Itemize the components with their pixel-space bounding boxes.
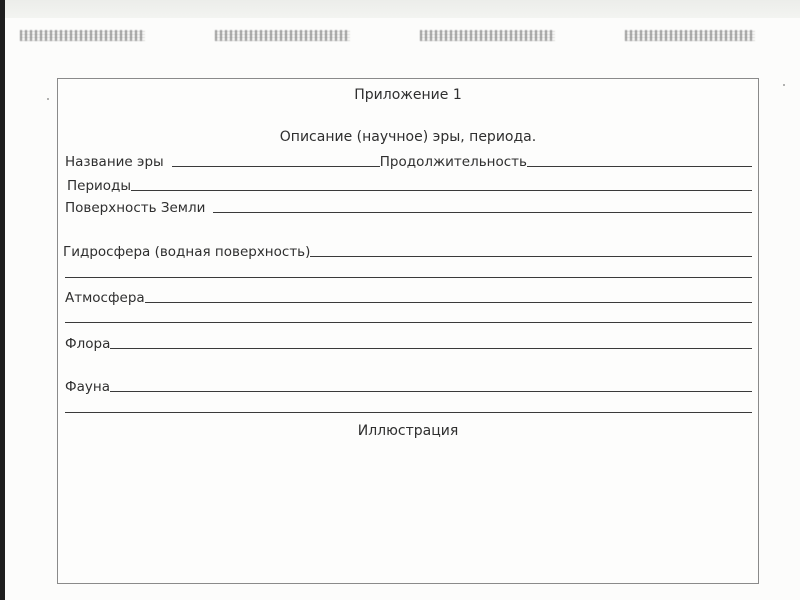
field-label-hydrosphere: Гидросфера (водная поверхность) xyxy=(63,244,310,260)
field-input-atmosphere-continued[interactable] xyxy=(65,322,752,323)
field-input-flora[interactable] xyxy=(110,347,752,349)
scan-speck xyxy=(783,84,785,86)
worksheet-form: Приложение 1 Описание (научное) эры, пер… xyxy=(57,78,759,584)
field-input-hydrosphere-continued[interactable] xyxy=(65,277,752,278)
print-artifact xyxy=(20,30,145,41)
field-row-earth-surface: Поверхность Земли xyxy=(65,198,752,216)
field-input-fauna-continued[interactable] xyxy=(65,412,752,413)
field-label-periods: Периоды xyxy=(67,178,131,194)
field-label-atmosphere: Атмосфера xyxy=(65,290,145,306)
field-input-earth-surface[interactable] xyxy=(213,211,752,213)
appendix-label: Приложение 1 xyxy=(58,87,758,103)
field-row-periods: Периоды xyxy=(67,176,752,194)
field-row-flora: Флора xyxy=(65,334,752,352)
field-label-era-name: Название эры xyxy=(65,154,164,170)
field-row-era-duration: Название эры Продолжительность xyxy=(65,152,752,170)
scan-speck xyxy=(47,98,49,100)
field-label-flora: Флора xyxy=(65,336,110,352)
field-label-duration: Продолжительность xyxy=(380,154,527,170)
print-artifact xyxy=(215,30,350,41)
field-input-fauna[interactable] xyxy=(110,390,752,392)
field-input-duration[interactable] xyxy=(527,165,752,167)
field-input-periods[interactable] xyxy=(131,189,752,191)
illustration-label: Иллюстрация xyxy=(58,423,758,439)
field-input-atmosphere[interactable] xyxy=(145,301,752,303)
field-label-fauna: Фауна xyxy=(65,379,110,395)
field-row-hydrosphere: Гидросфера (водная поверхность) xyxy=(63,242,752,260)
field-label-earth-surface: Поверхность Земли xyxy=(65,200,205,216)
field-input-hydrosphere[interactable] xyxy=(310,255,752,257)
field-row-atmosphere: Атмосфера xyxy=(65,288,752,306)
scan-top-band xyxy=(0,0,800,18)
field-input-era-name[interactable] xyxy=(172,165,380,167)
field-row-fauna: Фауна xyxy=(65,377,752,395)
scan-left-edge xyxy=(0,0,5,600)
illustration-area[interactable] xyxy=(58,445,758,583)
print-artifact xyxy=(420,30,555,41)
print-artifact xyxy=(625,30,755,41)
scanned-page: Приложение 1 Описание (научное) эры, пер… xyxy=(0,0,800,600)
form-title: Описание (научное) эры, периода. xyxy=(58,129,758,145)
